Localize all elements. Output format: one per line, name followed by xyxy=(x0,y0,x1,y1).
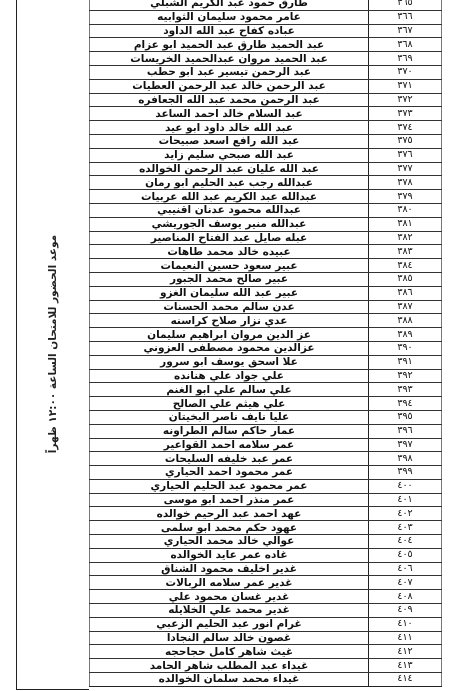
student-name: عبير عبد الله سليمان الغزو xyxy=(90,286,369,300)
row-number: ٣٩٤ xyxy=(369,397,442,411)
row-number: ٤٠٧ xyxy=(369,576,442,590)
table-row: ٤٠٨غدير غسان محمود علي xyxy=(90,590,442,604)
exam-time-note: موعد الحضور للامتحان الساعة ١٢:٠٠ ظهراً xyxy=(47,234,59,452)
row-number: ٣٨٤ xyxy=(369,259,442,273)
row-number: ٣٩٨ xyxy=(369,452,442,466)
student-name: عبدالله منير يوسف الجوريشي xyxy=(90,217,369,231)
row-number: ٣٦٨ xyxy=(369,38,442,52)
row-number: ٤١٠ xyxy=(369,617,442,631)
student-name: عليا نايف ناصر البخيتان xyxy=(90,410,369,424)
student-name: غاده عمر عايد الخوالده xyxy=(90,548,369,562)
row-number: ٣٨١ xyxy=(369,217,442,231)
table-row: ٣٨٦عبير عبد الله سليمان الغزو xyxy=(90,286,442,300)
student-name: علي سالم علي ابو الغنم xyxy=(90,383,369,397)
table-row: ٣٩٩عمر محمود احمد الحياري xyxy=(90,466,442,480)
row-number: ٣٧٦ xyxy=(369,148,442,162)
row-number: ٣٦٥ xyxy=(369,0,442,10)
student-name: عز الدين مروان ابراهيم سليمان xyxy=(90,328,369,342)
table-row: ٤٠٧غدير عمر سلامه الربالات xyxy=(90,576,442,590)
row-number: ٣٨٠ xyxy=(369,203,442,217)
student-name: غصون خالد سالم النجادا xyxy=(90,631,369,645)
row-number: ٣٧١ xyxy=(369,79,442,93)
student-name: عبد الحميد مروان عبدالحميد الخريسات xyxy=(90,52,369,66)
student-name: علي جواد علي هنانده xyxy=(90,369,369,383)
document-page: موعد الحضور للامتحان الساعة ١٢:٠٠ ظهراً … xyxy=(0,0,463,691)
row-number: ٤٠٦ xyxy=(369,562,442,576)
table-row: ٣٨٥عبير صالح محمد الجبور xyxy=(90,272,442,286)
table-row: ٤٠٥غاده عمر عايد الخوالده xyxy=(90,548,442,562)
names-table-container: ٣٦٥طارق حمود عبد الكريم الشبلي٣٦٦عامر مح… xyxy=(89,0,442,687)
row-number: ٤٠٠ xyxy=(369,479,442,493)
student-name: عباده كفاح عبد الله الداود xyxy=(90,24,369,38)
table-row: ٣٦٥طارق حمود عبد الكريم الشبلي xyxy=(90,0,442,10)
table-row: ٣٧٢عبد الرحمن محمد عبد الله الجعافره xyxy=(90,93,442,107)
table-row: ٣٩٣علي سالم علي ابو الغنم xyxy=(90,383,442,397)
table-row: ٣٩٧عمر سلامه احمد القواعير xyxy=(90,438,442,452)
table-row: ٤٠٤عوالي خالد محمد الحياري xyxy=(90,535,442,549)
table-row: ٤٠١عمر منذر احمد ابو موسى xyxy=(90,493,442,507)
table-row: ٣٩٦عمار حاكم سالم الطراونه xyxy=(90,424,442,438)
row-number: ٣٧٠ xyxy=(369,65,442,79)
row-number: ٤٠٤ xyxy=(369,535,442,549)
student-name: عمر منذر احمد ابو موسى xyxy=(90,493,369,507)
row-number: ٣٩٢ xyxy=(369,369,442,383)
row-number: ٣٨٣ xyxy=(369,245,442,259)
student-name: عمر محمود عبد الحليم الحياري xyxy=(90,479,369,493)
table-row: ٤١٤غيداء محمد سلمان الخوالده xyxy=(90,673,442,687)
row-number: ٣٧٧ xyxy=(369,162,442,176)
row-number: ٤٠٢ xyxy=(369,507,442,521)
student-name: عوالي خالد محمد الحياري xyxy=(90,535,369,549)
row-number: ٣٧٤ xyxy=(369,121,442,135)
row-number: ٣٩١ xyxy=(369,355,442,369)
student-name: غرام انور عبد الحليم الزعبي xyxy=(90,617,369,631)
row-number: ٤١٤ xyxy=(369,673,442,687)
student-name: عبد الحميد طارق عبد الحميد ابو عزام xyxy=(90,38,369,52)
student-name: عبد السلام خالد احمد الساعد xyxy=(90,107,369,121)
student-name: عبد الله صبحي سليم زايد xyxy=(90,148,369,162)
table-row: ٤٠٩غدير محمد علي الخلايله xyxy=(90,604,442,618)
row-number: ٣٩٧ xyxy=(369,438,442,452)
table-row: ٣٨٣عبيده خالد محمد طاهات xyxy=(90,245,442,259)
student-name: عبير سعود حسين النعيمات xyxy=(90,259,369,273)
student-name: عهود حكم محمد ابو سلمى xyxy=(90,521,369,535)
row-number: ٤٠٣ xyxy=(369,521,442,535)
student-name: عدن سالم محمد الحسنات xyxy=(90,300,369,314)
table-row: ٣٩٢علي جواد علي هنانده xyxy=(90,369,442,383)
table-row: ٣٦٧عباده كفاح عبد الله الداود xyxy=(90,24,442,38)
table-row: ٤٠٠عمر محمود عبد الحليم الحياري xyxy=(90,479,442,493)
student-name: غدير محمد علي الخلايله xyxy=(90,604,369,618)
student-name: عبد الرحمن تيسير عبد ابو حطب xyxy=(90,65,369,79)
table-row: ٣٨٠عبدالله محمود عدنان اقنيبي xyxy=(90,203,442,217)
table-row: ٤٠٦غدير اخليف محمود الشناق xyxy=(90,562,442,576)
table-row: ٣٨١عبدالله منير يوسف الجوريشي xyxy=(90,217,442,231)
row-number: ٣٩٠ xyxy=(369,341,442,355)
student-name: عبد الرحمن محمد عبد الله الجعافره xyxy=(90,93,369,107)
names-table: ٣٦٥طارق حمود عبد الكريم الشبلي٣٦٦عامر مح… xyxy=(89,0,442,687)
student-name: غدير عمر سلامه الربالات xyxy=(90,576,369,590)
table-row: ٤١٢غيث شاهر كامل حجاحجه xyxy=(90,645,442,659)
row-number: ٣٩٣ xyxy=(369,383,442,397)
table-row: ٣٧٣عبد السلام خالد احمد الساعد xyxy=(90,107,442,121)
row-number: ٣٨٢ xyxy=(369,231,442,245)
table-row: ٣٧٩عبدالله عبد الكريم عبد الله عربيات xyxy=(90,190,442,204)
student-name: عبله صايل عبد الفتاح المناصير xyxy=(90,231,369,245)
table-row: ٤١١غصون خالد سالم النجادا xyxy=(90,631,442,645)
row-number: ٤١١ xyxy=(369,631,442,645)
row-number: ٣٧٥ xyxy=(369,134,442,148)
table-row: ٣٩٨عمر عبد خليفه السليحات xyxy=(90,452,442,466)
table-row: ٣٦٨عبد الحميد طارق عبد الحميد ابو عزام xyxy=(90,38,442,52)
row-number: ٣٨٩ xyxy=(369,328,442,342)
row-number: ٤٠٨ xyxy=(369,590,442,604)
row-number: ٣٦٩ xyxy=(369,52,442,66)
table-row: ٣٦٦عامر محمود سليمان الثوابيه xyxy=(90,10,442,24)
row-number: ٣٨٥ xyxy=(369,272,442,286)
table-row: ٣٩٤علي هيثم علي الصالح xyxy=(90,397,442,411)
student-name: عامر محمود سليمان الثوابيه xyxy=(90,10,369,24)
student-name: عبد الله خالد داود ابو عيد xyxy=(90,121,369,135)
table-row: ٣٨٩عز الدين مروان ابراهيم سليمان xyxy=(90,328,442,342)
student-name: عبدالله محمود عدنان اقنيبي xyxy=(90,203,369,217)
student-name: غيث شاهر كامل حجاحجه xyxy=(90,645,369,659)
row-number: ٤٠٥ xyxy=(369,548,442,562)
table-row: ٤١٠غرام انور عبد الحليم الزعبي xyxy=(90,617,442,631)
student-name: غدير اخليف محمود الشناق xyxy=(90,562,369,576)
table-row: ٣٧٦عبد الله صبحي سليم زايد xyxy=(90,148,442,162)
student-name: عمر محمود احمد الحياري xyxy=(90,466,369,480)
row-number: ٤١٣ xyxy=(369,659,442,673)
table-row: ٣٧١عبد الرحمن خالد عبد الرحمن العطيات xyxy=(90,79,442,93)
table-row: ٤١٣غيداء عبد المطلب شاهر الحامد xyxy=(90,659,442,673)
student-name: عبد الله عليان عبد الرحمن الخوالده xyxy=(90,162,369,176)
student-name: عبد الله رافع اسعد صبيحات xyxy=(90,134,369,148)
row-number: ٣٧٢ xyxy=(369,93,442,107)
table-row: ٣٩١علا اسحق يوسف ابو سرور xyxy=(90,355,442,369)
row-number: ٣٦٧ xyxy=(369,24,442,38)
row-number: ٣٩٥ xyxy=(369,410,442,424)
student-name: عزالدين محمود مصطفى العزوني xyxy=(90,341,369,355)
student-name: عمر عبد خليفه السليحات xyxy=(90,452,369,466)
table-row: ٤٠٢عهد احمد عبد الرحيم خوالده xyxy=(90,507,442,521)
table-row: ٣٨٧عدن سالم محمد الحسنات xyxy=(90,300,442,314)
row-number: ٣٧٩ xyxy=(369,190,442,204)
student-name: عمار حاكم سالم الطراونه xyxy=(90,424,369,438)
student-name: عبدالله رجب عبد الحليم ابو رمان xyxy=(90,176,369,190)
student-name: علا اسحق يوسف ابو سرور xyxy=(90,355,369,369)
table-row: ٣٧٠عبد الرحمن تيسير عبد ابو حطب xyxy=(90,65,442,79)
row-number: ٣٨٦ xyxy=(369,286,442,300)
table-row: ٣٨٨عدي نزار صلاح كراسنه xyxy=(90,314,442,328)
student-name: غدير غسان محمود علي xyxy=(90,590,369,604)
table-row: ٤٠٣عهود حكم محمد ابو سلمى xyxy=(90,521,442,535)
student-name: عدي نزار صلاح كراسنه xyxy=(90,314,369,328)
table-row: ٣٨٤عبير سعود حسين النعيمات xyxy=(90,259,442,273)
student-name: طارق حمود عبد الكريم الشبلي xyxy=(90,0,369,10)
side-note-box: موعد الحضور للامتحان الساعة ١٢:٠٠ ظهراً xyxy=(16,0,89,690)
row-number: ٣٦٦ xyxy=(369,10,442,24)
table-row: ٣٧٨عبدالله رجب عبد الحليم ابو رمان xyxy=(90,176,442,190)
student-name: عهد احمد عبد الرحيم خوالده xyxy=(90,507,369,521)
student-name: عمر سلامه احمد القواعير xyxy=(90,438,369,452)
student-name: غيداء عبد المطلب شاهر الحامد xyxy=(90,659,369,673)
table-row: ٣٦٩عبد الحميد مروان عبدالحميد الخريسات xyxy=(90,52,442,66)
student-name: غيداء محمد سلمان الخوالده xyxy=(90,673,369,687)
row-number: ٣٩٩ xyxy=(369,466,442,480)
table-row: ٣٧٧عبد الله عليان عبد الرحمن الخوالده xyxy=(90,162,442,176)
student-name: عبدالله عبد الكريم عبد الله عربيات xyxy=(90,190,369,204)
table-row: ٣٩٥عليا نايف ناصر البخيتان xyxy=(90,410,442,424)
student-name: عبد الرحمن خالد عبد الرحمن العطيات xyxy=(90,79,369,93)
row-number: ٣٨٨ xyxy=(369,314,442,328)
row-number: ٤١٢ xyxy=(369,645,442,659)
row-number: ٣٨٧ xyxy=(369,300,442,314)
student-name: عبير صالح محمد الجبور xyxy=(90,272,369,286)
row-number: ٣٧٨ xyxy=(369,176,442,190)
row-number: ٣٧٣ xyxy=(369,107,442,121)
table-row: ٣٨٢عبله صايل عبد الفتاح المناصير xyxy=(90,231,442,245)
row-number: ٣٩٦ xyxy=(369,424,442,438)
table-row: ٣٧٤عبد الله خالد داود ابو عيد xyxy=(90,121,442,135)
row-number: ٤٠١ xyxy=(369,493,442,507)
table-row: ٣٧٥عبد الله رافع اسعد صبيحات xyxy=(90,134,442,148)
names-table-body: ٣٦٥طارق حمود عبد الكريم الشبلي٣٦٦عامر مح… xyxy=(90,0,442,686)
student-name: عبيده خالد محمد طاهات xyxy=(90,245,369,259)
student-name: علي هيثم علي الصالح xyxy=(90,397,369,411)
row-number: ٤٠٩ xyxy=(369,604,442,618)
table-row: ٣٩٠عزالدين محمود مصطفى العزوني xyxy=(90,341,442,355)
